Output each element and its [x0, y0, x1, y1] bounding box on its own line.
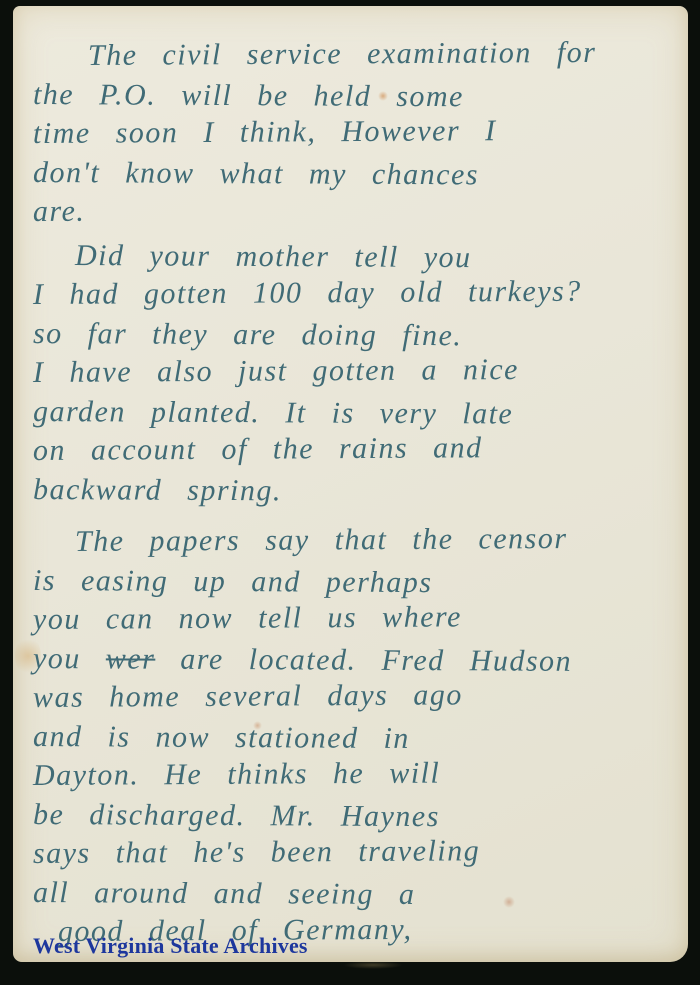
- letter-line-segment: are located. Fred Hudson: [155, 643, 572, 678]
- letter-line: are.: [33, 188, 676, 231]
- archive-credit-label: West Virginia State Archives: [33, 933, 308, 959]
- letter-line: you can now tell us where: [33, 596, 676, 639]
- paper-stain: [343, 961, 403, 969]
- letter-line: The papers say that the censor: [75, 518, 676, 561]
- letter-line-segment: you: [33, 642, 106, 675]
- letter-line: was home several days ago: [33, 674, 676, 717]
- letter-line: The civil service examination for: [88, 32, 676, 75]
- letter-line: I had gotten 100 day old turkeys?: [33, 271, 676, 314]
- letter-line: says that he's been traveling: [33, 830, 676, 873]
- strikethrough-word: wer: [106, 642, 156, 675]
- letter-line: backward spring.: [33, 470, 676, 512]
- letter-line: Dayton. He thinks he will: [33, 752, 676, 795]
- photo-frame: The civil service examination for the P.…: [0, 0, 700, 985]
- handwritten-letter-body: The civil service examination for the P.…: [33, 36, 676, 951]
- letter-line: I have also just gotten a nice: [33, 349, 676, 392]
- letter-line: on account of the rains and: [33, 427, 676, 470]
- letter-line: time soon I think, However I: [33, 110, 676, 153]
- letter-page: The civil service examination for the P.…: [13, 6, 688, 962]
